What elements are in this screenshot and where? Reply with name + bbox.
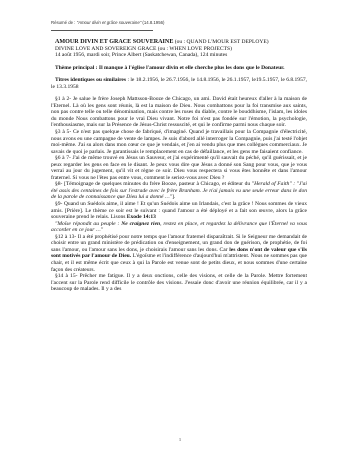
testimony-close: ]. — [172, 194, 175, 200]
paragraph-8: §8- [Témoignage de quelques minutes du f… — [51, 181, 307, 201]
header-date: (14.8.1956) — [141, 20, 164, 25]
quote-start: "Moïse répondit au peuple : — [55, 221, 121, 227]
document-body: AMOUR DIVIN ET GRACE SOUVERAINE (ou : QU… — [51, 39, 307, 293]
header-prefix: Résumé de : — [51, 20, 77, 25]
document-title: AMOUR DIVIN ET GRACE SOUVERAINE (ou : QU… — [51, 39, 307, 46]
title-french: AMOUR DIVIN ET GRACE SOUVERAINE — [55, 39, 173, 45]
paragraph-9-text: §9- Quand un Suédois aime, il aime ! Et … — [51, 201, 307, 220]
similar-titles: Titres identiques ou similaires : le 18.… — [51, 77, 307, 90]
header-title: "Amour divin et grâce souveraine" — [77, 20, 142, 25]
paragraph-9: §9- Quand un Suédois aime, il aime ! Et … — [51, 201, 307, 221]
testimony-intro: §8- [Témoignage de quelques minutes du f… — [55, 181, 252, 187]
running-header: Résumé de : "Amour divin et grâce souver… — [51, 20, 164, 25]
theme-text: Il manque à l'église l'amour divin et el… — [99, 65, 285, 71]
page-number: 1 — [0, 437, 360, 442]
paragraph-12-13: §12 à 13- Il a été prophétisé pour notre… — [51, 234, 307, 273]
paragraph-1-2: §1 à 2- Je salue le frère Joseph Mattsso… — [51, 96, 307, 129]
similar-label: Titres identiques ou similaires — [55, 77, 126, 83]
quote-emphasis: Ne craignez rien — [121, 221, 160, 227]
paragraph-3-5: §3 à 5- Ce n'est pas quelque chose de fa… — [51, 129, 307, 155]
document-page: Résumé de : "Amour divin et grâce souver… — [0, 0, 360, 466]
main-theme: Thème principal : Il manque à l'église l… — [51, 65, 307, 72]
scripture-reference: Exode 14:13 — [127, 214, 156, 220]
paragraph-14-15: §14 à 15- Prêcher me fatigue. Il y a deu… — [51, 273, 307, 293]
scripture-quote: "Moïse répondit au peuple : Ne craignez … — [51, 221, 307, 234]
theme-label: Thème principal : — [55, 65, 99, 71]
header-divider — [51, 30, 153, 31]
title-french-alt: (ou : QUAND L'MOUR EST DEPLOYE) — [173, 39, 268, 45]
paragraph-6-7: §6 à 7- J'ai de même trouvé en Jésus un … — [51, 155, 307, 181]
